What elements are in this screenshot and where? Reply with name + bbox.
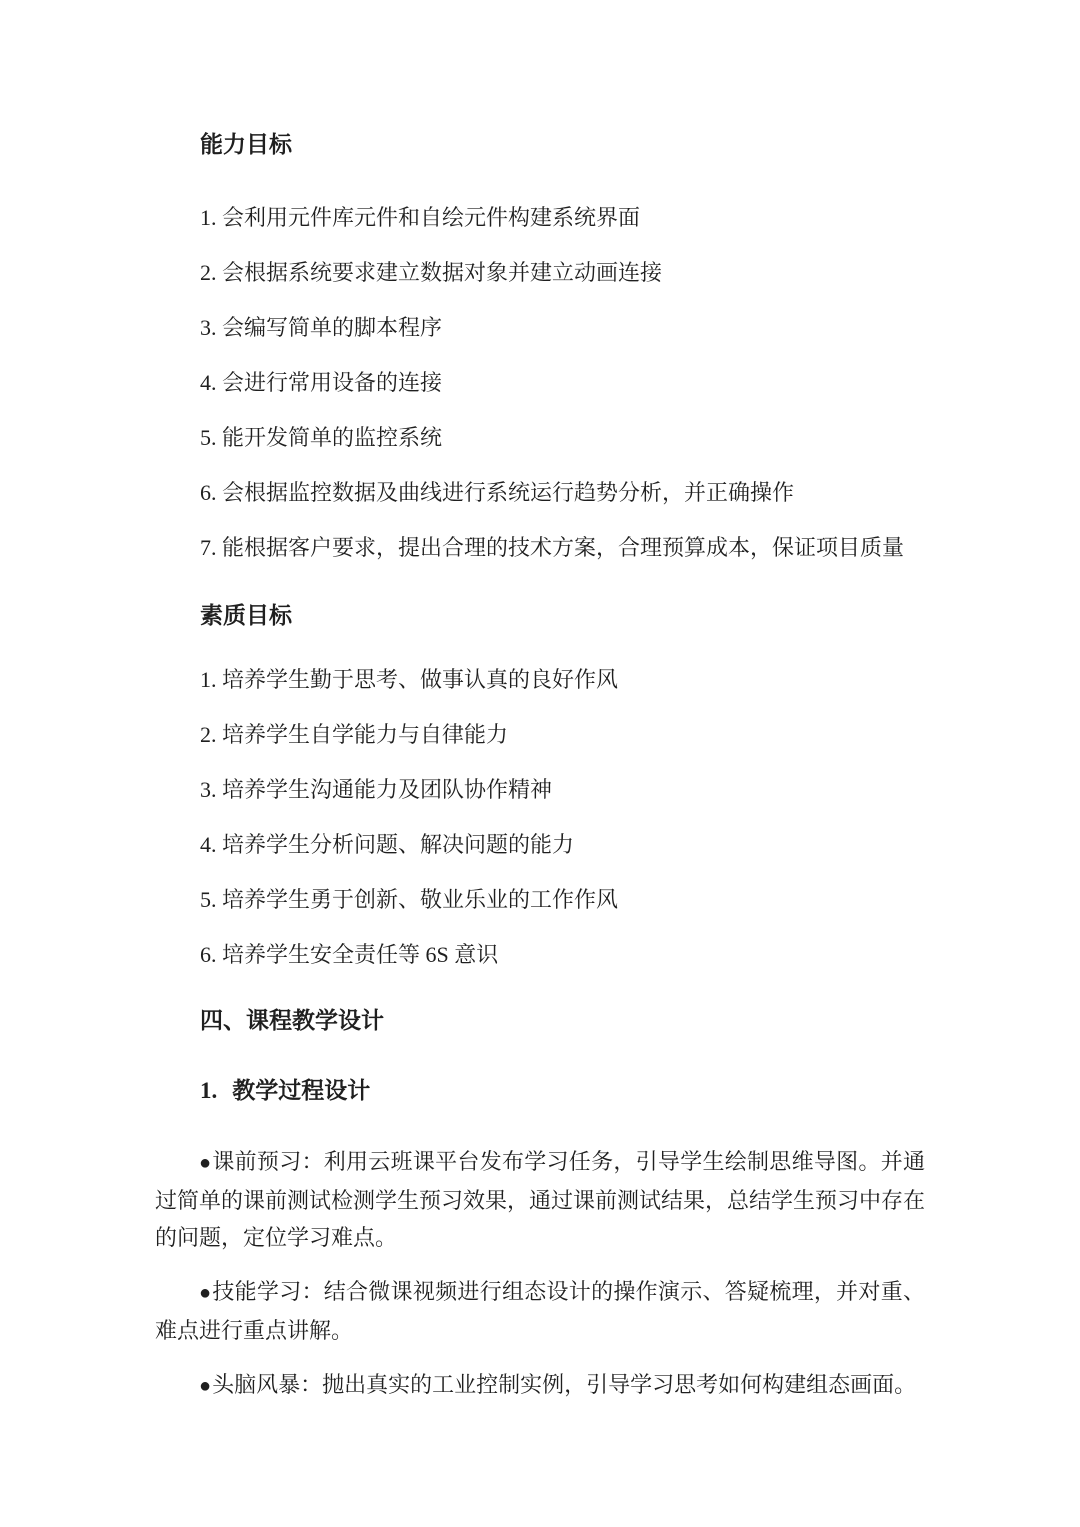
list-item: 5. 培养学生勇于创新、敬业乐业的工作作风 [200,887,925,912]
subheading-label: 教学过程设计 [232,1077,370,1103]
list-item: 4. 会进行常用设备的连接 [200,370,925,395]
list-item: 6. 培养学生安全责任等 6S 意识 [200,942,925,967]
bullet-icon: ● [199,1152,211,1174]
list-item: 2. 培养学生自学能力与自律能力 [200,722,925,747]
heading-quality-objectives: 素质目标 [200,602,925,628]
list-item: 3. 培养学生沟通能力及团队协作精神 [200,777,925,802]
list-item: 3. 会编写简单的脚本程序 [200,315,925,340]
list-item: 4. 培养学生分析问题、解决问题的能力 [200,832,925,857]
list-item: 6. 会根据监控数据及曲线进行系统运行趋势分析，并正确操作 [200,480,925,505]
paragraph-text: 课前预习：利用云班课平台发布学习任务，引导学生绘制思维导图。并通过简单的课前测试… [155,1149,925,1250]
bullet-icon: ● [199,1282,211,1304]
subheading-teaching-process-design: 1.教学过程设计 [200,1077,925,1104]
list-item: 1. 培养学生勤于思考、做事认真的良好作风 [200,667,925,692]
paragraph-brainstorm: ●头脑风暴：抛出真实的工业控制实例，引导学习思考如何构建组态画面。 [155,1366,925,1405]
list-item: 7. 能根据客户要求，提出合理的技术方案，合理预算成本，保证项目质量 [200,535,925,560]
paragraph-pre-class-preview: ●课前预习：利用云班课平台发布学习任务，引导学生绘制思维导图。并通过简单的课前测… [155,1143,925,1256]
list-item: 1. 会利用元件库元件和自绘元件构建系统界面 [200,205,925,230]
list-item: 2. 会根据系统要求建立数据对象并建立动画连接 [200,260,925,285]
paragraph-text: 头脑风暴：抛出真实的工业控制实例，引导学习思考如何构建组态画面。 [212,1372,916,1397]
teaching-process-paragraphs: ●课前预习：利用云班课平台发布学习任务，引导学生绘制思维导图。并通过简单的课前测… [155,1143,925,1405]
heading-course-teaching-design: 四、课程教学设计 [200,1007,925,1033]
bullet-icon: ● [199,1375,211,1397]
document-page: 能力目标 1. 会利用元件库元件和自绘元件构建系统界面 2. 会根据系统要求建立… [0,0,1080,1527]
heading-ability-objectives: 能力目标 [200,131,925,157]
paragraph-text: 技能学习：结合微课视频进行组态设计的操作演示、答疑梳理，并对重、难点进行重点讲解… [155,1279,925,1343]
quality-objectives-list: 1. 培养学生勤于思考、做事认真的良好作风 2. 培养学生自学能力与自律能力 3… [155,667,925,967]
paragraph-skill-learning: ●技能学习：结合微课视频进行组态设计的操作演示、答疑梳理，并对重、难点进行重点讲… [155,1273,925,1349]
list-item: 5. 能开发简单的监控系统 [200,425,925,450]
ability-objectives-list: 1. 会利用元件库元件和自绘元件构建系统界面 2. 会根据系统要求建立数据对象并… [155,205,925,560]
subheading-number: 1. [200,1078,217,1103]
